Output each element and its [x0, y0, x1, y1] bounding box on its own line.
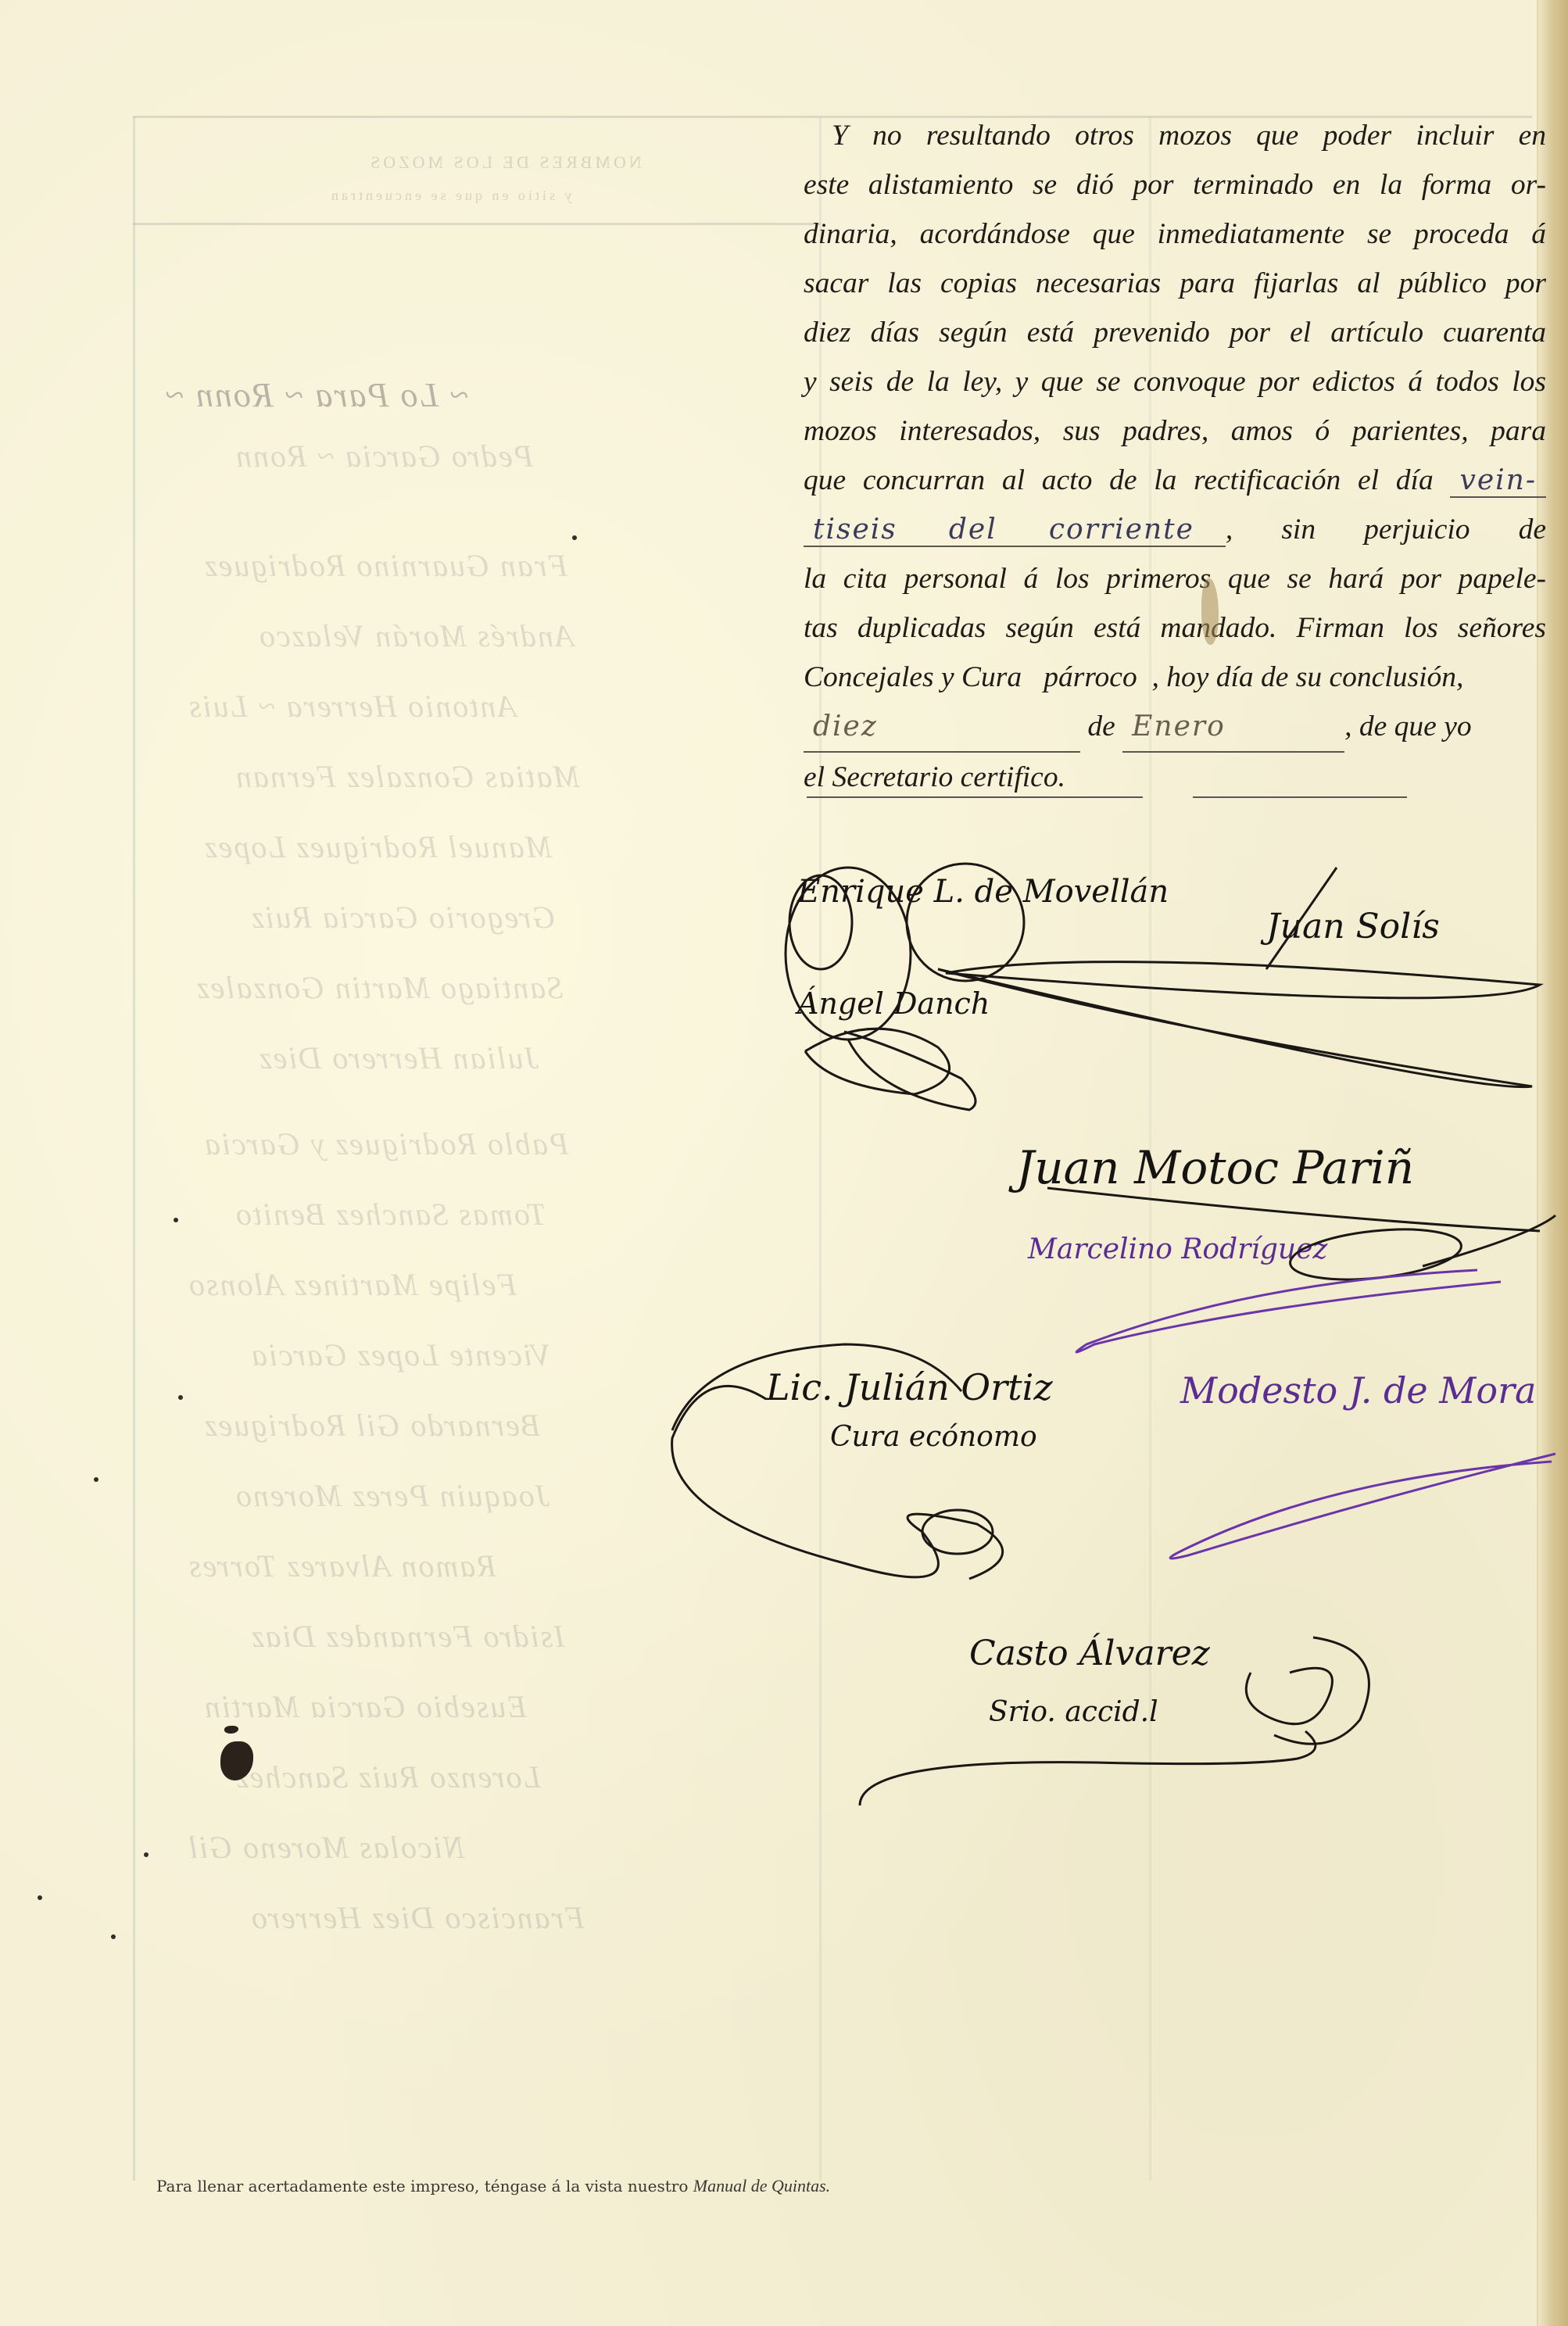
signature-alvarez: Casto Álvarez — [969, 1634, 1210, 1673]
conclusion-line: diez de Enero, de que yo — [804, 702, 1546, 753]
ruled-line-left — [133, 117, 135, 2181]
closing-line: el Secretario certifico. — [804, 753, 1546, 802]
signature-mora: Modesto J. de Mora — [1180, 1369, 1537, 1412]
body-line: mozos interesados, sus padres, amos ó pa… — [804, 406, 1546, 456]
ruled-line-header — [133, 223, 821, 225]
ink-speck — [174, 1218, 178, 1222]
ink-speck — [111, 1934, 116, 1939]
ink-speck — [572, 535, 577, 540]
signature-danch: Ángel Danch — [797, 986, 990, 1021]
signature-rodriguez: Marcelino Rodríguez — [1028, 1233, 1327, 1265]
conclusion-de: de — [1087, 710, 1115, 743]
signature-ortiz-title: Cura ecónomo — [830, 1421, 1037, 1453]
body-line: diez días según está prevenido por el ar… — [804, 308, 1546, 357]
footer-note: Para llenar acertadamente este impreso, … — [156, 2176, 830, 2196]
body-line: dinaria, acordándose que inmediatamente … — [804, 209, 1546, 259]
ink-speck — [94, 1477, 98, 1482]
ink-speck — [38, 1895, 42, 1900]
ink-speck — [178, 1395, 183, 1400]
signers-suffix: , hoy día de su conclusión, — [1151, 661, 1463, 693]
citation-line: la cita personal á los primeros que se h… — [804, 554, 1546, 603]
body-line: y seis de la ley, y que se convoque por … — [804, 357, 1546, 406]
signature-ortiz: Lic. Julián Ortiz — [766, 1366, 1053, 1408]
document-body: Y no resultando otros mozos que poder in… — [804, 111, 1546, 802]
handwritten-day: diez — [804, 702, 1080, 753]
signature-pariñ: Juan Motoc Pariñ — [1016, 1141, 1414, 1194]
handwritten-date-2: tiseis del corriente — [804, 514, 1226, 547]
body-line: Y no resultando otros mozos que poder in… — [804, 111, 1546, 160]
footer-manual-title: Manual de Quintas. — [693, 2176, 830, 2195]
signature-movellan: Enrique L. de Movellán — [797, 874, 1169, 910]
body-line: sacar las copias necesarias para fijarla… — [804, 259, 1546, 308]
signature-alvarez-title: Srio. accid.l — [989, 1696, 1158, 1728]
ink-blot-small — [224, 1726, 238, 1734]
signers-prefix: Concejales y Cura — [804, 661, 1022, 693]
handwritten-month: Enero — [1122, 702, 1344, 753]
body-line: este alistamiento se dió por terminado e… — [804, 160, 1546, 209]
rectification-prefix: que concurran al acto de la rectificació… — [804, 464, 1434, 496]
footer-text: Para llenar acertadamente este impreso, … — [156, 2177, 693, 2195]
rectification-suffix: , sin perjuicio de — [1226, 514, 1546, 546]
ink-speck — [144, 1852, 149, 1857]
conclusion-suffix: , de que yo — [1344, 710, 1471, 743]
rectification-line: que concurran al acto de la rectificació… — [804, 456, 1546, 505]
signature-solis: Juan Solís — [1266, 907, 1440, 947]
signers-role: párroco — [1044, 661, 1137, 693]
signers-line: Concejales y Cura párroco , hoy día de s… — [804, 653, 1546, 702]
handwritten-date-1: vein- — [1450, 464, 1546, 498]
rectification-line-2: tiseis del corriente, sin perjuicio de — [804, 505, 1546, 554]
bleed-through-header-1: NOMBRES DE LOS MOZOS — [367, 152, 642, 173]
bleed-through-header-2: y sitio en que se encuentran — [328, 188, 571, 204]
citation-line: tas duplicadas según está mandado. Firma… — [804, 603, 1546, 653]
